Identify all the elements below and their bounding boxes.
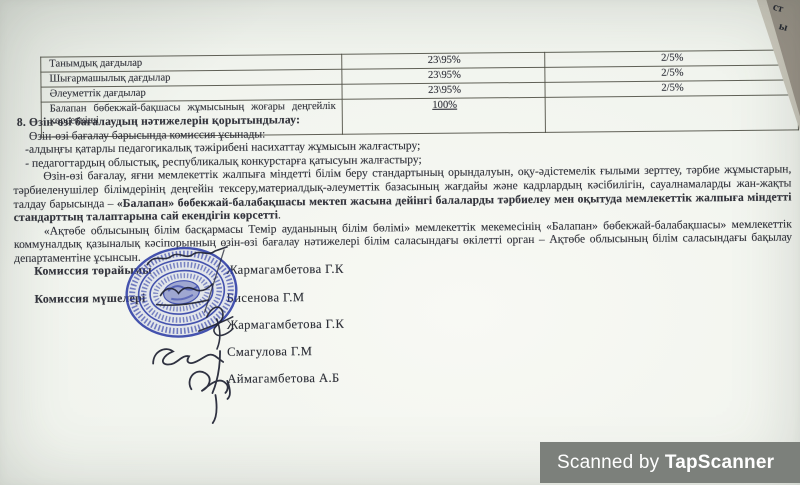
document-body: 8. Өзін-өзі бағалаудың нәтижелерін қорыт… (13, 108, 792, 265)
signatory-name: Аймагамбетова А.Б (227, 371, 339, 387)
commission-members-label: Комиссия мүшелері (34, 291, 145, 307)
commission-chair-label: Комиссия төрайымы (34, 263, 152, 279)
signatory-name: Жармагамбетова Г.К (227, 317, 345, 333)
submission-paragraph: «Ақтөбе облысының білім басқармасы Темір… (14, 217, 792, 265)
watermark-brand: TapScanner (665, 452, 774, 473)
signatory-name: Смагулова Г.М (227, 344, 312, 360)
paper-sheet: Танымдық дағдылар 23\95% 2/5% Шығармашыл… (0, 0, 800, 485)
signatory-name: Бисенова Г.М (226, 290, 304, 306)
signature-ink-icon (147, 247, 234, 424)
conclusion-paragraph: Өзін-өзі бағалау, яғни мемлекеттік жалпы… (13, 163, 791, 225)
scanned-document: Танымдық дағдылар 23\95% 2/5% Шығармашыл… (0, 0, 800, 485)
total-score: 100% (432, 100, 457, 111)
watermark-prefix: Scanned by (557, 452, 665, 473)
conclusion-period: . (278, 209, 281, 222)
tapscanner-watermark: Scanned by TapScanner (540, 442, 800, 483)
signatory-name: Жармагамбетова Г.К (226, 262, 344, 278)
